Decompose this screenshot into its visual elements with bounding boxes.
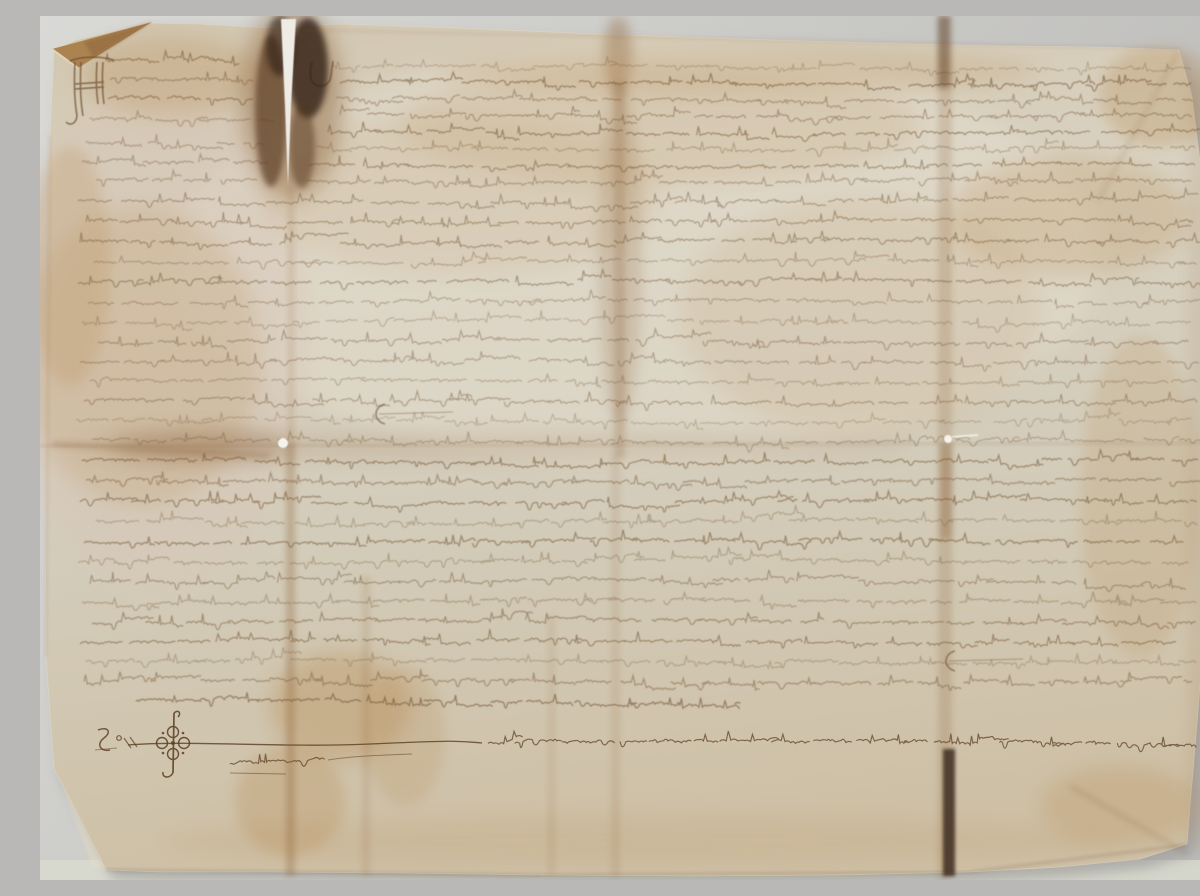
parchment-hole (278, 438, 288, 448)
parchment-hole (944, 435, 952, 443)
photo-of-parchment-charter: Photograph of a medieval parchment chart… (40, 16, 1200, 880)
manuscript-photo-canvas (40, 16, 1200, 880)
